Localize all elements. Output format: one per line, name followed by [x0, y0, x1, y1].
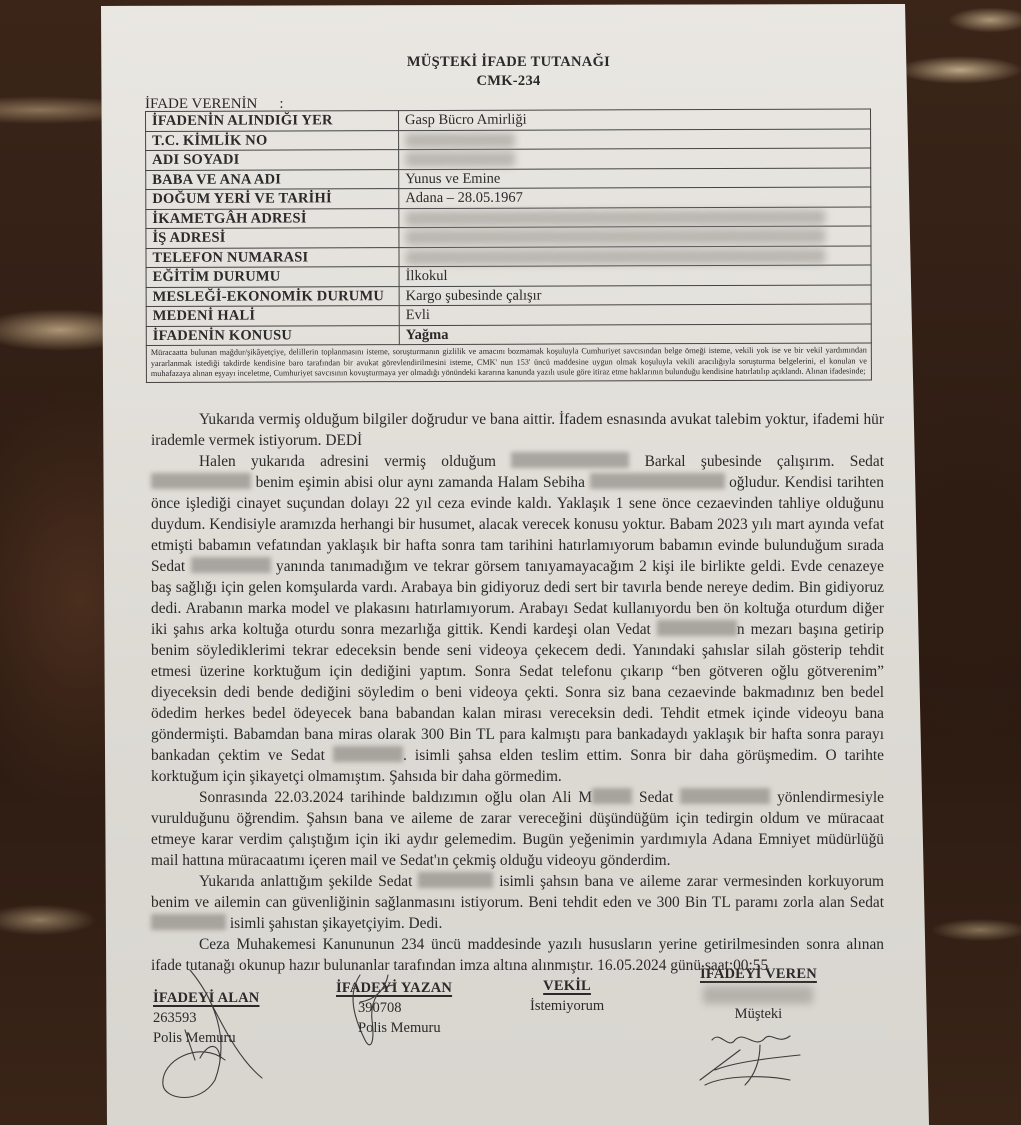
redacted-name — [703, 986, 813, 1004]
info-row: ADI SOYADI — [146, 148, 871, 170]
statement-paragraph-2: Halen yukarıda adresini vermiş olduğum B… — [151, 451, 884, 787]
info-label: MEDENİ HALİ — [146, 306, 399, 326]
redacted-text — [191, 557, 271, 573]
statement-body: Yukarıda vermiş olduğum bilgiler doğrudu… — [151, 409, 884, 976]
info-row: T.C. KİMLİK NO — [146, 128, 871, 150]
info-label: İFADENİN ALINDIĞI YER — [146, 111, 399, 131]
info-row: İŞ ADRESİ — [146, 226, 871, 248]
statement-paragraph-1: Yukarıda vermiş olduğum bilgiler doğrudu… — [151, 409, 884, 451]
redacted-text — [333, 746, 403, 762]
signature-giver-icon — [700, 1036, 800, 1085]
info-row: İFADENİN KONUSUYağma — [146, 323, 871, 345]
info-row: TELEFON NUMARASI — [146, 245, 871, 267]
document-title: MÜŞTEKİ İFADE TUTANAĞI — [0, 54, 1019, 71]
signature-block-giver: İFADEYİ VEREN Müşteki — [700, 964, 817, 1024]
info-value — [399, 226, 871, 247]
redacted-text — [151, 473, 251, 489]
info-label: TELEFON NUMARASI — [146, 247, 399, 267]
info-value: İlkokul — [399, 265, 871, 286]
redacted-field — [405, 133, 515, 148]
info-value — [399, 148, 871, 169]
info-value: Yağma — [399, 323, 871, 344]
info-label: T.C. KİMLİK NO — [146, 130, 399, 150]
info-row: EĞİTİM DURUMUİlkokul — [146, 265, 871, 287]
info-row: İKAMETGÂH ADRESİ — [146, 206, 871, 228]
redacted-field — [405, 249, 825, 265]
signature-block-lawyer: VEKİL İstemiyorum — [530, 976, 604, 1016]
info-value — [399, 206, 871, 227]
signature-block-taker: İFADEYİ ALAN 263593 Polis Memuru — [153, 988, 259, 1048]
info-label: İFADENİN KONUSU — [146, 325, 399, 345]
info-value: Adana – 28.05.1967 — [399, 187, 871, 208]
info-value: Evli — [399, 304, 871, 325]
info-label: MESLEĞİ-EKONOMİK DURUMU — [146, 286, 399, 306]
redacted-text — [590, 473, 725, 489]
redacted-text — [418, 872, 493, 888]
redacted-text — [680, 788, 770, 804]
info-value — [399, 245, 871, 266]
statement-paragraph-3: Sonrasında 22.03.2024 tarihinde baldızım… — [151, 787, 884, 871]
info-row: BABA VE ANA ADIYunus ve Emine — [146, 167, 871, 189]
personal-info-table: İFADENİN ALINDIĞI YERGasp Bücro Amirliği… — [145, 108, 872, 382]
rights-notice: Müracaatta bulunan mağdur/şikâyetçiye, d… — [146, 343, 871, 382]
info-row: DOĞUM YERİ VE TARİHİAdana – 28.05.1967 — [146, 187, 871, 209]
redacted-text — [592, 788, 632, 804]
info-label: DOĞUM YERİ VE TARİHİ — [146, 189, 399, 209]
info-value: Yunus ve Emine — [399, 167, 871, 188]
redacted-field — [405, 152, 515, 167]
info-label: ADI SOYADI — [146, 150, 399, 170]
statement-document: MÜŞTEKİ İFADE TUTANAĞI CMK-234 İFADE VER… — [0, 0, 1021, 1125]
redacted-field — [405, 210, 825, 226]
info-row: MESLEĞİ-EKONOMİK DURUMUKargo şubesinde ç… — [146, 284, 871, 306]
redacted-text — [657, 620, 737, 636]
info-label: İŞ ADRESİ — [146, 228, 399, 248]
signature-block-writer: İFADEYİ YAZAN 390708 Polis Memuru — [336, 978, 452, 1038]
info-label: BABA VE ANA ADI — [146, 169, 399, 189]
info-row: MEDENİ HALİEvli — [146, 304, 871, 326]
info-value: Kargo şubesinde çalışır — [399, 284, 871, 305]
redacted-text — [151, 914, 226, 930]
redacted-field — [405, 229, 825, 245]
info-label: EĞİTİM DURUMU — [146, 267, 399, 287]
statement-paragraph-4: Yukarıda anlattığım şekilde Sedat isimli… — [151, 871, 884, 934]
info-value — [399, 128, 871, 149]
info-row: İFADENİN ALINDIĞI YERGasp Bücro Amirliği — [146, 109, 871, 131]
info-value: Gasp Bücro Amirliği — [399, 109, 871, 130]
redacted-text — [511, 452, 629, 468]
info-label: İKAMETGÂH ADRESİ — [146, 208, 399, 228]
document-subtitle: CMK-234 — [0, 73, 1019, 90]
